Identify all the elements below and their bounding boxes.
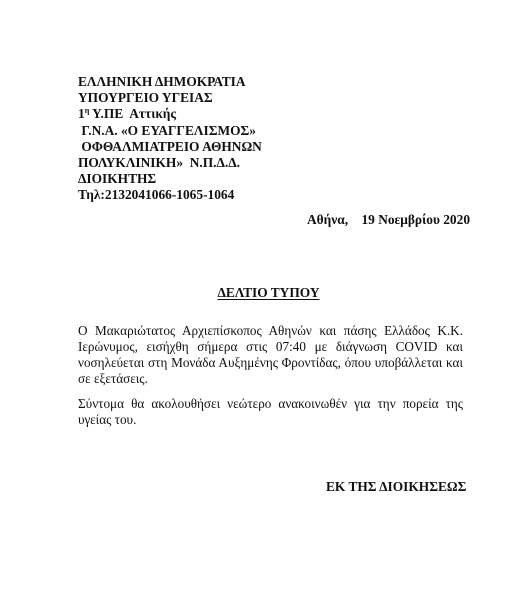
letterhead-line-hospital: Γ.Ν.Α. «Ο ΕΥΑΓΓΕΛΙΣΜΟΣ»	[78, 123, 262, 139]
letterhead-line-phone: Τηλ:2132041066-1065-1064	[78, 187, 262, 203]
date-line: Αθήνα, 19 Νοεμβρίου 2020	[307, 212, 470, 228]
letterhead-line-ophthalmic: ΟΦΘΑΛΜΙΑΤΡΕΙΟ ΑΘΗΝΩΝ	[78, 139, 262, 155]
document-title-text: ΔΕΛΤΙΟ ΤΥΠΟΥ	[217, 285, 319, 300]
letterhead-line-polyclinic: ΠΟΛΥΚΛΙΝΙΚΗ» Ν.Π.Δ.Δ.	[78, 155, 262, 171]
document-page: ΕΛΛΗΝΙΚΗ ΔΗΜΟΚΡΑΤΙΑ ΥΠΟΥΡΓΕΙΟ ΥΓΕΙΑΣ 1η …	[0, 0, 531, 600]
body-paragraph: Ο Μακαριώτατος Αρχιεπίσκοπος Αθηνών και …	[78, 323, 463, 387]
letterhead-line-administration: ΔΙΟΙΚΗΤΗΣ	[78, 171, 262, 187]
body-paragraph: Σύντομα θα ακολουθήσει νεώτερο ανακοινωθ…	[78, 396, 463, 428]
health-region-name: Υ.ΠΕ Αττικής	[89, 106, 176, 121]
signature: ΕΚ ΤΗΣ ΔΙΟΙΚΗΣΕΩΣ	[326, 479, 466, 495]
letterhead-line-ministry: ΥΠΟΥΡΓΕΙΟ ΥΓΕΙΑΣ	[78, 90, 262, 106]
health-region-number: 1	[78, 106, 85, 121]
letterhead-line-republic: ΕΛΛΗΝΙΚΗ ΔΗΜΟΚΡΑΤΙΑ	[78, 74, 262, 90]
document-title: ΔΕΛΤΙΟ ΤΥΠΟΥ	[0, 285, 531, 301]
letterhead-line-health-region: 1η Υ.ΠΕ Αττικής	[78, 106, 262, 122]
letterhead: ΕΛΛΗΝΙΚΗ ΔΗΜΟΚΡΑΤΙΑ ΥΠΟΥΡΓΕΙΟ ΥΓΕΙΑΣ 1η …	[78, 74, 262, 204]
press-release-body: Ο Μακαριώτατος Αρχιεπίσκοπος Αθηνών και …	[78, 323, 463, 437]
